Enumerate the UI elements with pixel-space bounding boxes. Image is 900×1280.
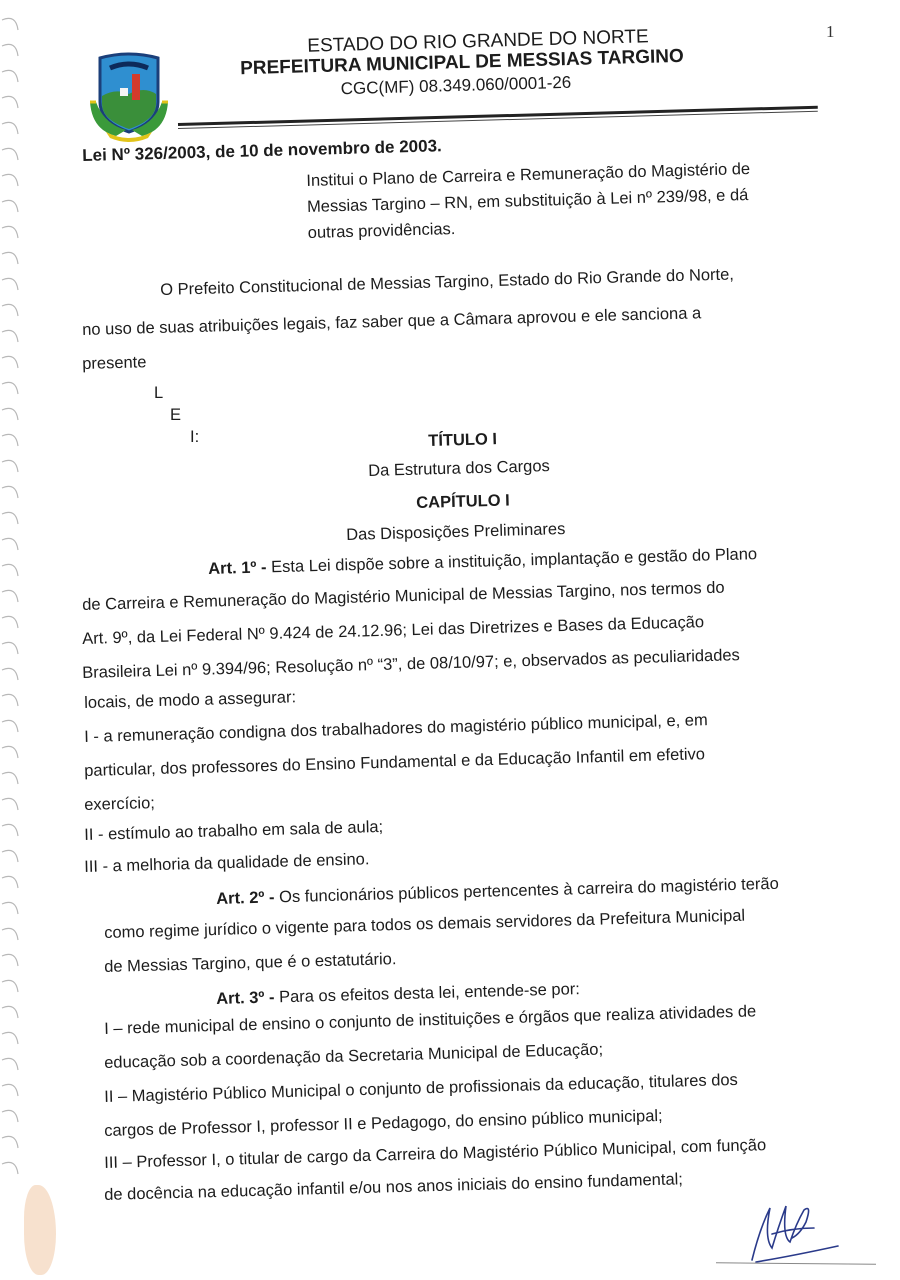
article-line: III - a melhoria da qualidade de ensino.: [84, 850, 370, 877]
spiral-binding-marks: [0, 0, 40, 1280]
article-line: exercício;: [84, 794, 155, 815]
article-label: Art. 3º -: [216, 988, 275, 1008]
article-line: II - estímulo ao trabalho em sala de aul…: [84, 818, 383, 845]
article-line: III – Professor I, o titular de cargo da…: [104, 1136, 766, 1173]
article-line: de docência na educação infantil e/ou no…: [104, 1170, 683, 1205]
lei-letter: I:: [190, 428, 199, 447]
capitulo-name: Das Disposições Preliminares: [346, 520, 566, 545]
article-line: I – rede municipal de ensino o conjunto …: [104, 1002, 756, 1039]
header-rule: [178, 106, 818, 126]
article-line: Art. 9º, da Lei Federal Nº 9.424 de 24.1…: [82, 613, 704, 649]
law-ementa: Institui o Plano de Carreira e Remuneraç…: [306, 156, 752, 246]
article-2-first-line: Art. 2º - Os funcionários públicos perte…: [216, 875, 779, 909]
coat-of-arms-logo: [86, 50, 172, 142]
article-label: Art. 2º -: [216, 888, 275, 908]
lei-letter: E: [170, 406, 181, 425]
article-line: Brasileira Lei nº 9.394/96; Resolução nº…: [82, 646, 740, 683]
article-line: particular, dos professores do Ensino Fu…: [84, 745, 705, 781]
preamble-line: no uso de suas atribuições legais, faz s…: [82, 304, 701, 340]
article-line: I - a remuneração condigna dos trabalhad…: [84, 711, 708, 747]
preamble-line: O Prefeito Constitucional de Messias Tar…: [160, 265, 734, 300]
capitulo-heading: CAPÍTULO I: [416, 491, 510, 513]
article-line: educação sob a coordenação da Secretaria…: [104, 1041, 603, 1073]
paper-stain: [24, 1185, 56, 1275]
signature-initials: [742, 1198, 852, 1268]
titulo-name: Da Estrutura dos Cargos: [368, 457, 550, 481]
preamble-line: presente: [82, 353, 147, 374]
article-1-first-line: Art. 1º - Esta Lei dispõe sobre a instit…: [208, 545, 757, 579]
article-line: cargos de Professor I, professor II e Pe…: [104, 1107, 663, 1141]
lei-letter: L: [154, 384, 163, 403]
article-line: II – Magistério Público Municipal o conj…: [104, 1071, 738, 1107]
article-label: Art. 1º -: [208, 558, 267, 578]
article-line: de Messias Targino, que é o estatutário.: [104, 950, 397, 977]
document-page: 1 ESTADO DO RIO GRANDE DO NORTE PREFEITU…: [0, 0, 900, 1280]
titulo-heading: TÍTULO I: [428, 430, 497, 451]
article-3-first-line: Art. 3º - Para os efeitos desta lei, ent…: [216, 980, 580, 1009]
article-line: como regime jurídico o vigente para todo…: [104, 907, 745, 943]
page-number: 1: [826, 22, 835, 42]
article-line: locais, de modo a assegurar:: [84, 688, 296, 713]
article-line: de Carreira e Remuneração do Magistério …: [82, 579, 725, 615]
